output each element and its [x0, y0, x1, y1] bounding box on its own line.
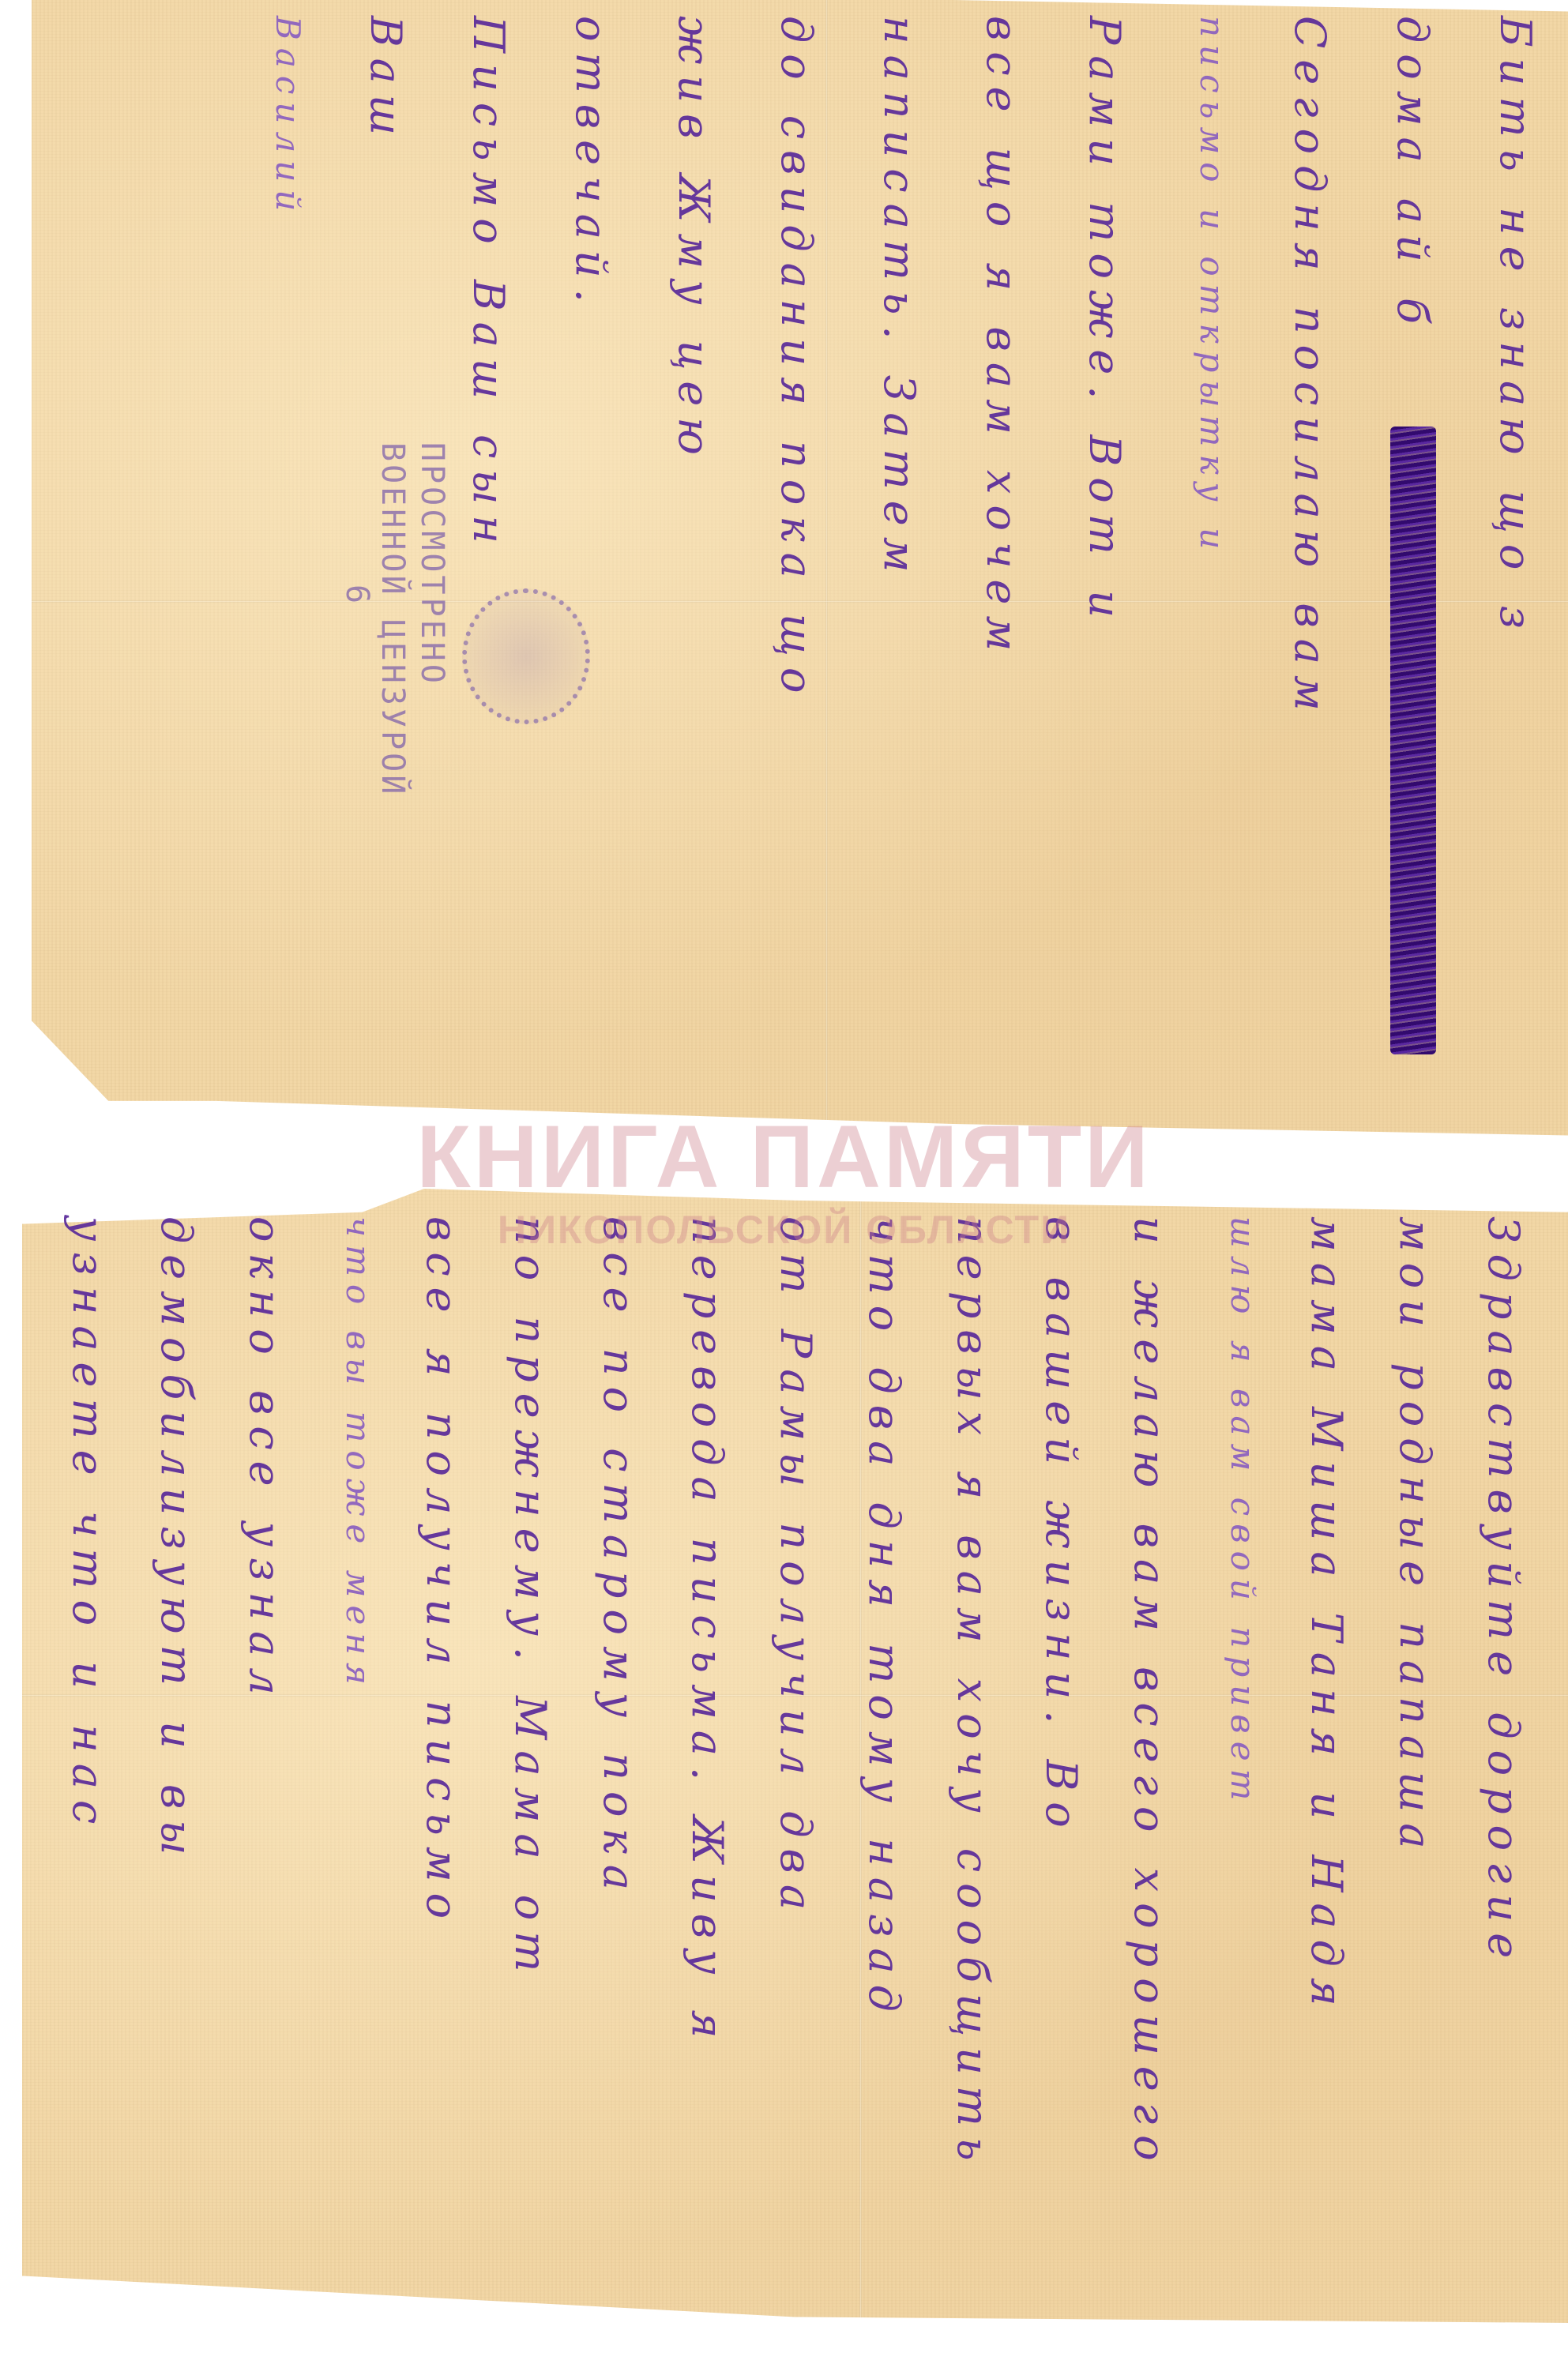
- handwritten-line: Здравствуйте дорогие: [1482, 1216, 1525, 1969]
- handwritten-line: отвечай.: [570, 16, 612, 314]
- stamp-line-2: ВОЕННОЙ ЦЕНЗУРОЙ: [374, 442, 411, 797]
- stamp-number: 6: [339, 584, 375, 607]
- handwritten-line: Рами тоже. Вот и: [1083, 16, 1126, 629]
- handwritten-line: шлю я вам свой привет: [1226, 1216, 1259, 1808]
- handwritten-line: в вашей жизни. Во: [1040, 1216, 1082, 1839]
- handwritten-line: все я получил письмо: [420, 1216, 463, 1930]
- handwritten-line: мама Миша Таня и Надя: [1305, 1216, 1348, 2017]
- handwritten-line: написать. Затем: [878, 16, 920, 583]
- censor-stamp: ПРОСМОТРЕНО ВОЕННОЙ ЦЕНЗУРОЙ 6: [332, 442, 592, 821]
- handwritten-line: что вы тоже меня: [341, 1216, 374, 1693]
- handwritten-line: что два дня тому назад: [863, 1216, 905, 2023]
- handwritten-line: до свидания пока що: [775, 16, 818, 705]
- handwritten-line: письмо и открытку и: [1195, 16, 1228, 557]
- handwritten-line: Сегодня посилаю вам: [1288, 16, 1331, 722]
- handwritten-line: от Рамы получил два: [774, 1216, 817, 1921]
- handwritten-line: перевода письма. Живу я: [686, 1216, 728, 2049]
- handwritten-line: жив Жму цею: [672, 16, 715, 466]
- handwritten-line: Ваш: [364, 16, 407, 146]
- fold-crease: [825, 0, 828, 1147]
- handwritten-line: дома ай б: [1391, 16, 1434, 335]
- handwritten-line: все по старому пока: [597, 1216, 640, 1901]
- handwritten-line: Бить не знаю що з: [1494, 16, 1536, 640]
- handwritten-line: демобилизуют и вы: [155, 1216, 197, 1866]
- handwritten-line: окно все узнал: [243, 1216, 286, 1706]
- stamp-seal-emblem: [462, 588, 590, 724]
- handwritten-line: все що я вам хочем: [980, 16, 1023, 662]
- handwritten-line: первых я вам хочу сообщить: [951, 1216, 994, 2172]
- handwritten-line: узнаете что и нас: [66, 1216, 109, 1835]
- handwritten-line: Василий: [271, 16, 304, 219]
- censor-redaction-bar: [1390, 427, 1436, 1054]
- handwritten-line: и желаю вам всего хорошего: [1128, 1216, 1171, 2172]
- stamp-line-1: ПРОСМОТРЕНО: [414, 442, 450, 686]
- handwritten-line: по прежнему. Мама от: [509, 1216, 551, 1983]
- handwritten-line: мои родные папаша: [1393, 1216, 1436, 1860]
